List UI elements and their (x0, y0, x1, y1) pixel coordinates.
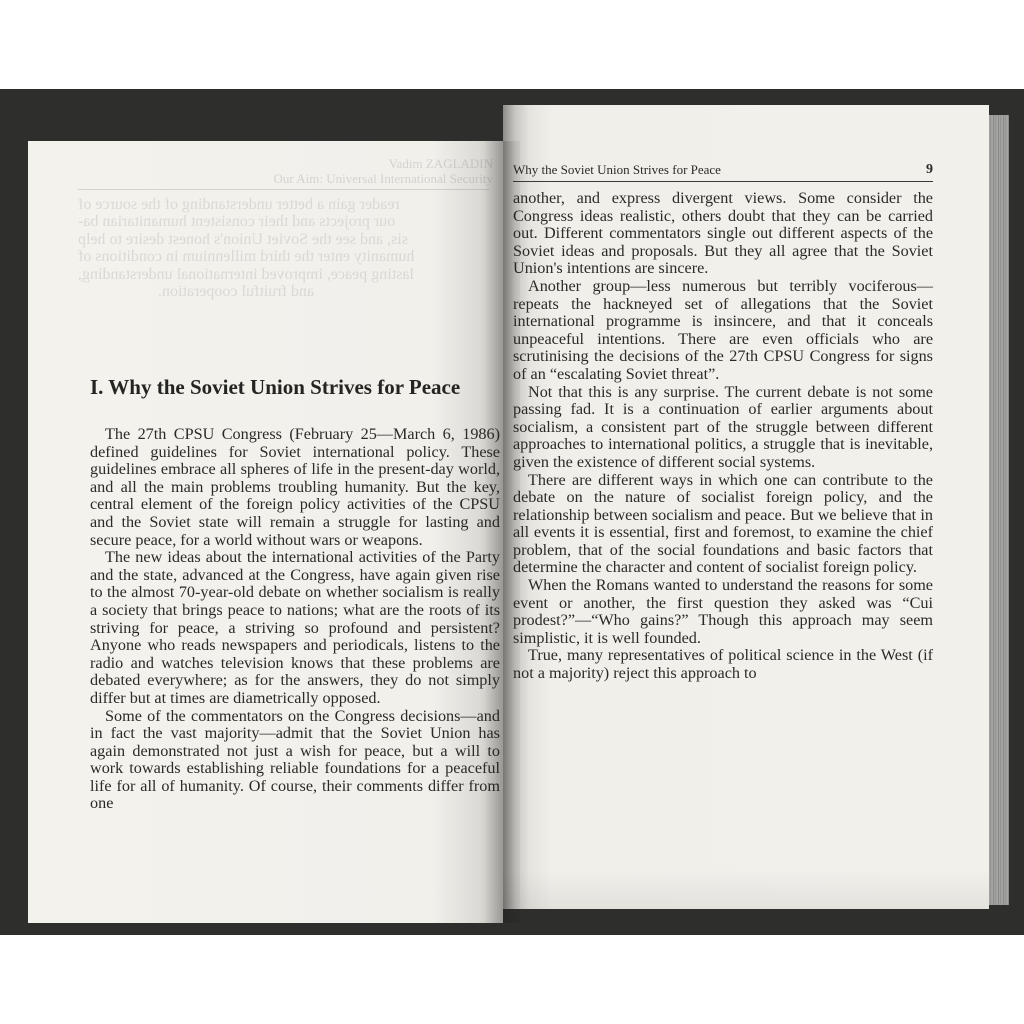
page-number: 9 (926, 162, 933, 178)
chapter-heading: I. Why the Soviet Union Strives for Peac… (90, 375, 503, 400)
show-through-line: reader gain a better understanding of th… (78, 196, 400, 214)
show-through-rule (78, 189, 490, 190)
show-through-line: and fruitful cooperation. (158, 283, 314, 301)
show-through-line: sis, and see the Soviet Union's honest d… (78, 231, 408, 249)
show-through-author: Vadim ZAGLADIN (73, 156, 493, 171)
paragraph: Some of the commentators on the Congress… (90, 708, 500, 814)
right-page-body: another, and express divergent views. So… (513, 190, 933, 683)
paragraph: There are different ways in which one ca… (513, 472, 933, 578)
show-through-title: Our Aim: Universal International Securit… (73, 171, 493, 186)
paragraph: Not that this is any surprise. The curre… (513, 384, 933, 472)
left-page: Vadim ZAGLADIN Our Aim: Universal Intern… (28, 141, 503, 923)
paragraph: another, and express divergent views. So… (513, 190, 933, 278)
show-through-line: humanity enter the third millennium in c… (78, 248, 414, 266)
scan-background: Vadim ZAGLADIN Our Aim: Universal Intern… (0, 89, 1024, 935)
page-edges (989, 115, 1009, 905)
show-through-line: lasting peace, improved international un… (78, 266, 414, 284)
paragraph: Another group—less numerous but terribly… (513, 278, 933, 384)
show-through-line: our projects and their consistent humani… (78, 213, 395, 231)
left-page-body: The 27th CPSU Congress (February 25—Marc… (90, 426, 500, 813)
running-head: Why the Soviet Union Strives for Peace 9 (513, 161, 933, 182)
paragraph: The new ideas about the international ac… (90, 549, 500, 707)
show-through-header: Vadim ZAGLADIN Our Aim: Universal Intern… (73, 156, 493, 186)
paragraph: The 27th CPSU Congress (February 25—Marc… (90, 426, 500, 549)
running-title: Why the Soviet Union Strives for Peace (513, 162, 721, 178)
paragraph: When the Romans wanted to understand the… (513, 577, 933, 647)
right-page: Why the Soviet Union Strives for Peace 9… (503, 105, 989, 909)
paragraph: True, many representatives of political … (513, 647, 933, 682)
